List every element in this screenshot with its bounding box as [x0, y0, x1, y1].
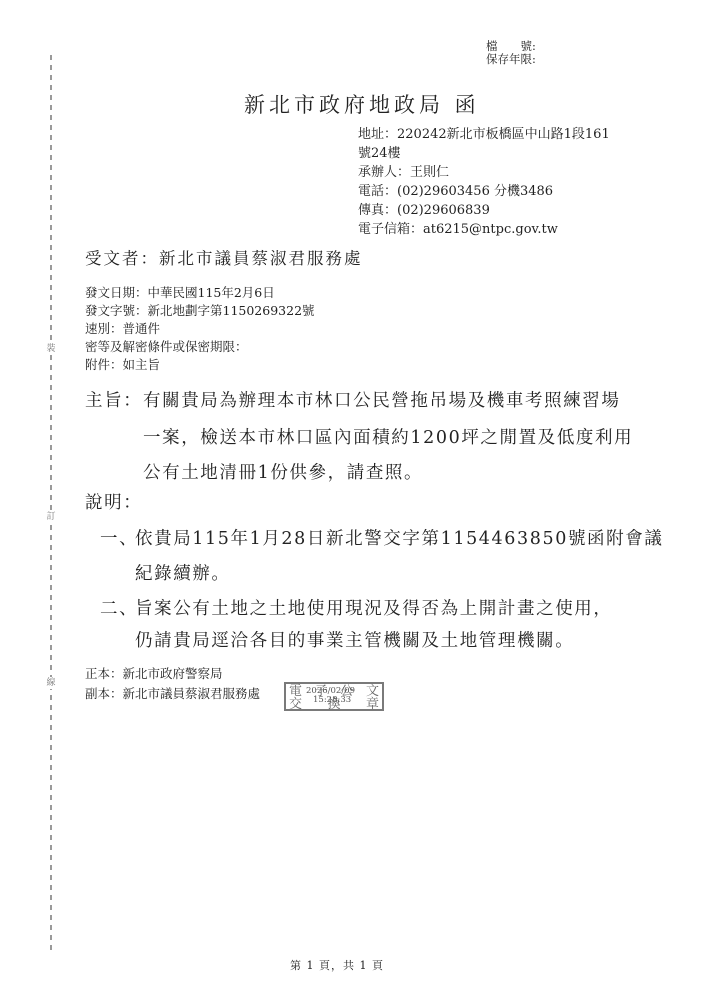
distribution-copy: 副本：新北市議員蔡淑君服務處	[85, 684, 260, 702]
explanation-label: 說明：	[85, 489, 142, 514]
stamp-char: 交	[289, 698, 302, 711]
confidentiality: 密等及解密條件或保密期限：	[85, 338, 315, 356]
sender-handler: 承辦人：王則仁	[358, 163, 610, 182]
sender-fax: 傳真：(02)29606839	[358, 201, 610, 220]
binding-mark-zhuang: 裝	[45, 343, 57, 355]
binding-mark-ding: 訂	[45, 511, 57, 523]
recipient: 受文者：新北市議員蔡淑君服務處	[85, 245, 363, 269]
sender-phone: 電話：(02)29603456 分機3486	[358, 182, 610, 201]
binding-mark-xian: 線	[45, 677, 57, 689]
document-title: 新北市政府地政局 函	[244, 89, 480, 119]
explanation-item-1-line-1: 依貴局115年1月28日新北警交字第1154463850號函附會議	[135, 525, 663, 550]
retention-label: 保存年限:	[486, 51, 536, 67]
stamp-time: 15:28:33	[313, 696, 351, 705]
stamp-char: 章	[366, 698, 379, 711]
sender-address-line1: 地址：220242新北市板橋區中山路1段161	[358, 125, 610, 144]
distribution-original: 正本：新北市政府警察局	[85, 664, 223, 682]
explanation-item-2-line-1: 旨案公有土地之土地使用現況及得否為上開計畫之使用，	[135, 595, 613, 620]
doc-number: 發文字號：新北地劃字第1150269322號	[85, 302, 315, 320]
explanation-item-2-line-2: 仍請貴局逕洽各目的事業主管機關及土地管理機關。	[135, 627, 574, 652]
subject-line-2: 一案，檢送本市林口區內面積約1200坪之閒置及低度利用	[143, 424, 633, 449]
electronic-exchange-stamp: 電 子 公 文 交 換 章 2026/02/09 15:28:33	[284, 682, 384, 711]
sender-info: 地址：220242新北市板橋區中山路1段161 號24樓 承辦人：王則仁 電話：…	[358, 125, 610, 239]
sender-address-line2: 號24樓	[358, 144, 610, 163]
explanation-item-1-line-2: 紀錄續辦。	[135, 560, 231, 585]
sender-email: 電子信箱：at6215@ntpc.gov.tw	[358, 220, 610, 239]
urgency: 速別：普通件	[85, 320, 315, 338]
explanation-item-2-marker: 二、	[100, 595, 138, 620]
subject-line-3: 公有土地清冊1份供參，請查照。	[143, 459, 423, 484]
document-meta: 發文日期：中華民國115年2月6日 發文字號：新北地劃字第1150269322號…	[85, 284, 315, 374]
attachment: 附件：如主旨	[85, 356, 315, 374]
subject-label: 主旨：	[85, 387, 142, 412]
page-info: 第 1 頁，共 1 頁	[290, 957, 384, 973]
subject-line-1: 有關貴局為辦理本市林口公民營拖吊場及機車考照練習場	[143, 387, 621, 412]
issue-date: 發文日期：中華民國115年2月6日	[85, 284, 315, 302]
binding-dotted-line	[50, 55, 52, 955]
explanation-item-1-marker: 一、	[100, 525, 138, 550]
